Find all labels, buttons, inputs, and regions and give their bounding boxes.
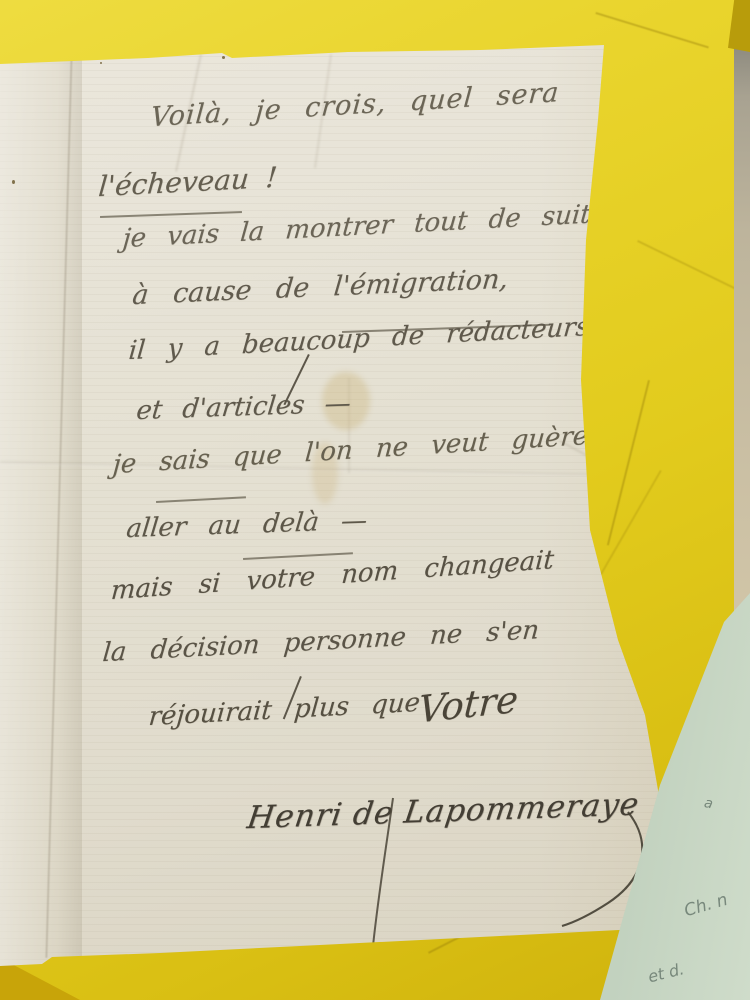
pencil-scribble: a	[703, 795, 715, 812]
right-edge-surface	[734, 48, 750, 660]
photo-of-handwritten-letter: Voilà, je crois, quel sera l'écheveau ! …	[0, 0, 750, 1000]
pencil-scribble: et d.	[646, 959, 686, 986]
pencil-scribble: Ch. n	[682, 890, 730, 921]
